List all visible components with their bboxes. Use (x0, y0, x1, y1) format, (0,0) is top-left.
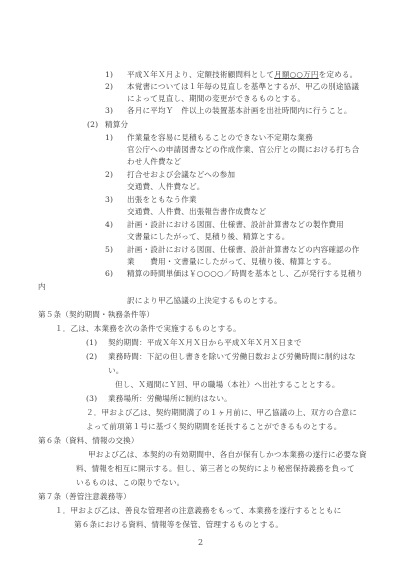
text-line: 甲および乙は、本契約の有効期間中、各自が保有しかつ本業務の遂行に必要な資 (88, 450, 367, 460)
item-number: (3) (86, 394, 108, 404)
text-line: １．乙は、本業務を次の条件で実施するものとする。 (55, 324, 241, 334)
text-line: によって見直し、期間の変更ができるものとする。 (127, 94, 305, 104)
clause-item-3: 3)各月に平均Ｙ 件以上の装置基本計画を出社時間内に行うこと。 (105, 106, 352, 116)
text-line: 料、情報を相互に開示する。但し、第三者との契約により秘密保持義務を負って (76, 464, 355, 474)
item-number: 3) (105, 195, 127, 205)
clause-item: 6)精算の時間単価は￥○○○○／時間を基本とし、乙が発行する見積り (105, 269, 363, 279)
section-heading: (2)精算分 (87, 120, 128, 130)
text: 業務時間：下記の但し書きを除いて労働日数および労働時間に制約はな (108, 352, 356, 361)
article-6-heading: 第６条（資料、情報の交換） (38, 436, 139, 446)
clause-item: (2)業務時間：下記の但し書きを除いて労働日数および労働時間に制約はな (86, 352, 356, 362)
article-5-heading: 第５条（契約期間・執務条件等） (38, 310, 154, 320)
text: 平成Ｘ年Ｘ月より、定額技術顧問料として (127, 70, 274, 79)
text-line: 内 (38, 282, 46, 292)
text: 計画・設計における図面、仕様書、設計計算書などの内容確認の作 (127, 245, 359, 254)
text-line: 交通費、人件費、出張報告書作成費など (127, 207, 266, 217)
text-line: わせ人件費など (127, 157, 181, 167)
text: 計画・設計における図面、仕様書、設計計算書などの製作費用 (127, 220, 344, 229)
text-line: い。 (108, 366, 124, 376)
text-line: ２．甲および乙は、契約期間満了の１ヶ月前に、甲乙協議の上、双方の合意に (86, 408, 357, 418)
clause-item: 5)計画・設計における図面、仕様書、設計計算書などの内容確認の作 (105, 245, 359, 255)
text: 業務場所：労働場所に制約はない。 (108, 394, 232, 403)
item-number: 1) (105, 70, 127, 80)
text-line: 文書量にしたがって、見積り後、精算とする。 (127, 232, 289, 242)
clause-item: (3)業務場所：労働場所に制約はない。 (86, 394, 232, 404)
text-line: いるものは、この限りでない。 (76, 478, 184, 488)
clause-item-2: 2)本覚書については１年毎の見直しを基準とするが、甲乙の別途協議 (105, 82, 359, 92)
text: 精算の時間単価は￥○○○○／時間を基本とし、乙が発行する見積り (127, 269, 363, 278)
item-number: 4) (105, 220, 127, 230)
clause-item: 2)打合せおよび会議などへの参加 (105, 170, 235, 180)
clause-item-1: 1)平成Ｘ年Ｘ月より、定額技術顧問料として月額○○万円を定める。 (105, 70, 357, 80)
item-number: 3) (105, 106, 127, 116)
document-page: 1)平成Ｘ年Ｘ月より、定額技術顧問料として月額○○万円を定める。 2)本覚書につ… (0, 0, 410, 580)
clause-item: 1)作業量を容易に見積もることのできない不定期な業務 (105, 133, 313, 143)
text-line: 業 費用・文書量にしたがって、見積り後、精算とする。 (127, 257, 336, 267)
text-line: 交通費、人件費など。 (127, 182, 204, 192)
item-number: (2) (86, 352, 108, 362)
text-line: 但し、Ｘ週間にＹ回、甲の職場（本社）へ出社することとする。 (115, 380, 340, 390)
item-number: 2) (105, 170, 127, 180)
text: 本覚書については１年毎の見直しを基準とするが、甲乙の別途協議 (127, 82, 359, 91)
text: 契約期間：平成Ｘ年Ｘ月Ｘ日から平成Ｘ年Ｘ月Ｘ日まで (108, 338, 302, 347)
article-7-heading: 第７条（善管注意義務等） (38, 492, 131, 502)
text: を定める。 (319, 70, 358, 79)
item-number: 5) (105, 245, 127, 255)
item-number: 1) (105, 133, 127, 143)
item-number: (1) (86, 338, 108, 348)
text-line: 訳により甲乙協議の上決定するものとする。 (127, 296, 282, 306)
text-line: 第６条における資料、情報等を保管、管理するものとする。 (74, 520, 283, 530)
text-line: １．甲および乙は、善良な管理者の注意義務をもって、本業務を遂行するとともに (55, 506, 341, 516)
clause-item: 4)計画・設計における図面、仕様書、設計計算書などの製作費用 (105, 220, 344, 230)
text-line: よって前項第１号に基づく契約期間を延長することができるものとする。 (86, 422, 342, 432)
text-line: 官公庁への申請図書などの作成作業、官公庁との間における打ち合 (127, 145, 359, 155)
clause-item: 3)出張をともなう作業 (105, 195, 197, 205)
text: 各月に平均Ｙ 件以上の装置基本計画を出社時間内に行うこと。 (127, 106, 352, 115)
item-number: 2) (105, 82, 127, 92)
item-number: (2) (87, 120, 105, 130)
text: 作業量を容易に見積もることのできない不定期な業務 (127, 133, 313, 142)
text: 精算分 (105, 120, 128, 129)
text: 打合せおよび会議などへの参加 (127, 170, 235, 179)
text: 出張をともなう作業 (127, 195, 197, 204)
item-number: 6) (105, 269, 127, 279)
page-number: 2 (198, 538, 203, 547)
fee-amount: 月額○○万円 (274, 70, 319, 79)
clause-item: (1)契約期間：平成Ｘ年Ｘ月Ｘ日から平成Ｘ年Ｘ月Ｘ日まで (86, 338, 302, 348)
